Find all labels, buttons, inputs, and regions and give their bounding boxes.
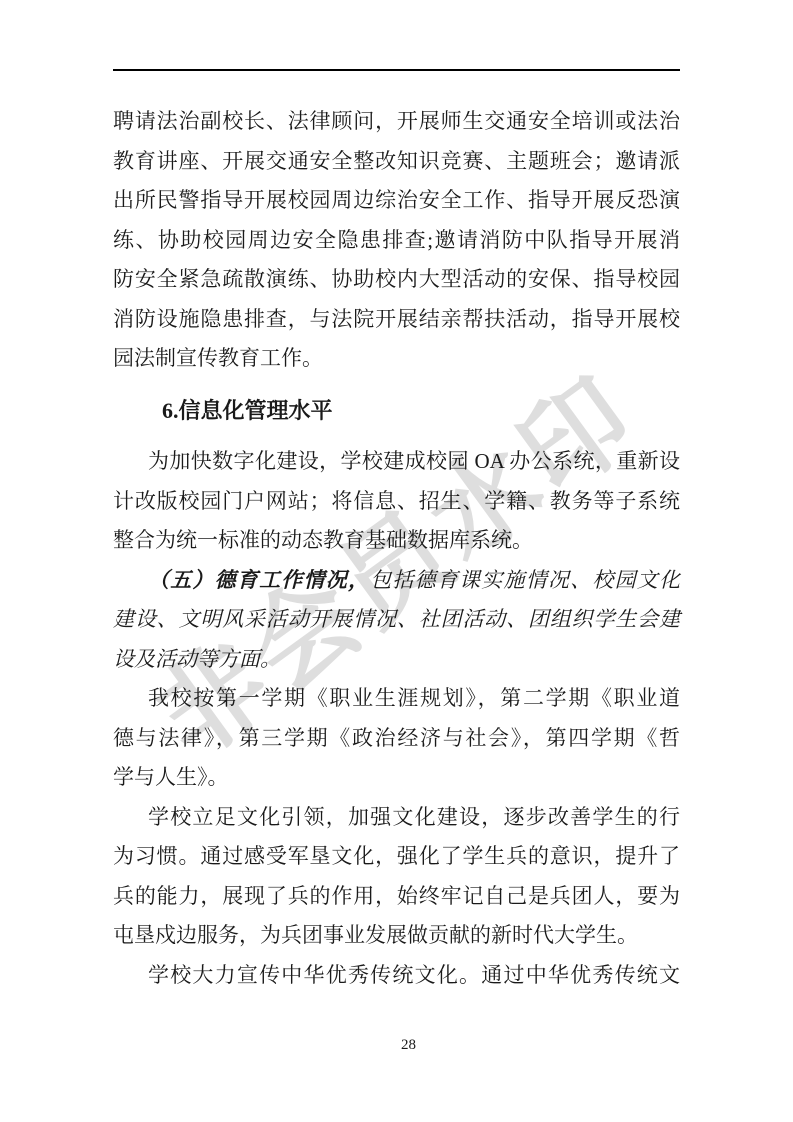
text-line: 我校按第一学期《职业生涯规划》，第二学期《职业道 [113,679,680,719]
text-line: 聘请法治副校长、法律顾问，开展师生交通安全培训或法治 [113,102,680,142]
paragraph-informatization: 为加快数字化建设，学校建成校园 OA 办公系统，重新设 计改版校园门户网站；将信… [113,442,680,561]
header-rule [113,69,680,71]
text-line: 兵的能力，展现了兵的作用，始终牢记自己是兵团人，要为 [113,877,680,917]
text-line: 为加快数字化建设，学校建成校园 OA 办公系统，重新设 [113,442,680,482]
text-line: 屯垦戍边服务，为兵团事业发展做贡献的新时代大学生。 [113,916,680,956]
text-line: 练、协助校园周边安全隐患排查;邀请消防中队指导开展消 [113,221,680,261]
text-line: 出所民警指导开展校园周边综治安全工作、指导开展反恐演 [113,181,680,221]
moral-education-rest: 包括德育课实施情况、校园文化 [370,568,680,592]
paragraph-culture-building: 学校立足文化引领，加强文化建设，逐步改善学生的行 为习惯。通过感受军垦文化，强化… [113,798,680,956]
text-line: 防安全紧急疏散演练、协助校内大型活动的安保、指导校园 [113,260,680,300]
text-line: 计改版校园门户网站；将信息、招生、学籍、教务等子系统 [113,482,680,522]
text-line: 建设、文明风采活动开展情况、社团活动、团组织学生会建 [113,600,680,640]
paragraph-legal-education: 聘请法治副校长、法律顾问，开展师生交通安全培训或法治 教育讲座、开展交通安全整改… [113,102,680,379]
section-heading-informatization: 6.信息化管理水平 [113,391,680,431]
text-line: 学校立足文化引领，加强文化建设，逐步改善学生的行 [113,798,680,838]
text-line: 设及活动等方面。 [113,640,680,680]
page-footer: 28 [0,1036,793,1054]
moral-education-lead: （五）德育工作情况， [148,568,370,592]
text-line: 为习惯。通过感受军垦文化，强化了学生兵的意识，提升了 [113,837,680,877]
text-line: 整合为统一标准的动态教育基础数据库系统。 [113,521,680,561]
text-line: 德与法律》，第三学期《政治经济与社会》，第四学期《哲 [113,719,680,759]
page-number: 28 [401,1038,416,1053]
paragraph-moral-education-intro: （五）德育工作情况，包括德育课实施情况、校园文化 建设、文明风采活动开展情况、社… [113,561,680,680]
text-line: 学校大力宣传中华优秀传统文化。通过中华优秀传统文 [113,956,680,996]
document-page: 非会员水印 聘请法治副校长、法律顾问，开展师生交通安全培训或法治 教育讲座、开展… [0,0,793,1122]
text-line: 学与人生》。 [113,758,680,798]
text-line: 教育讲座、开展交通安全整改知识竞赛、主题班会；邀请派 [113,142,680,182]
paragraph-traditional-culture: 学校大力宣传中华优秀传统文化。通过中华优秀传统文 [113,956,680,996]
text-line: 消防设施隐患排查，与法院开展结亲帮扶活动，指导开展校 [113,300,680,340]
paragraph-semester-courses: 我校按第一学期《职业生涯规划》，第二学期《职业道 德与法律》，第三学期《政治经济… [113,679,680,798]
text-line: （五）德育工作情况，包括德育课实施情况、校园文化 [113,561,680,601]
page-content: 聘请法治副校长、法律顾问，开展师生交通安全培训或法治 教育讲座、开展交通安全整改… [113,102,680,995]
text-line: 园法制宣传教育工作。 [113,339,680,379]
